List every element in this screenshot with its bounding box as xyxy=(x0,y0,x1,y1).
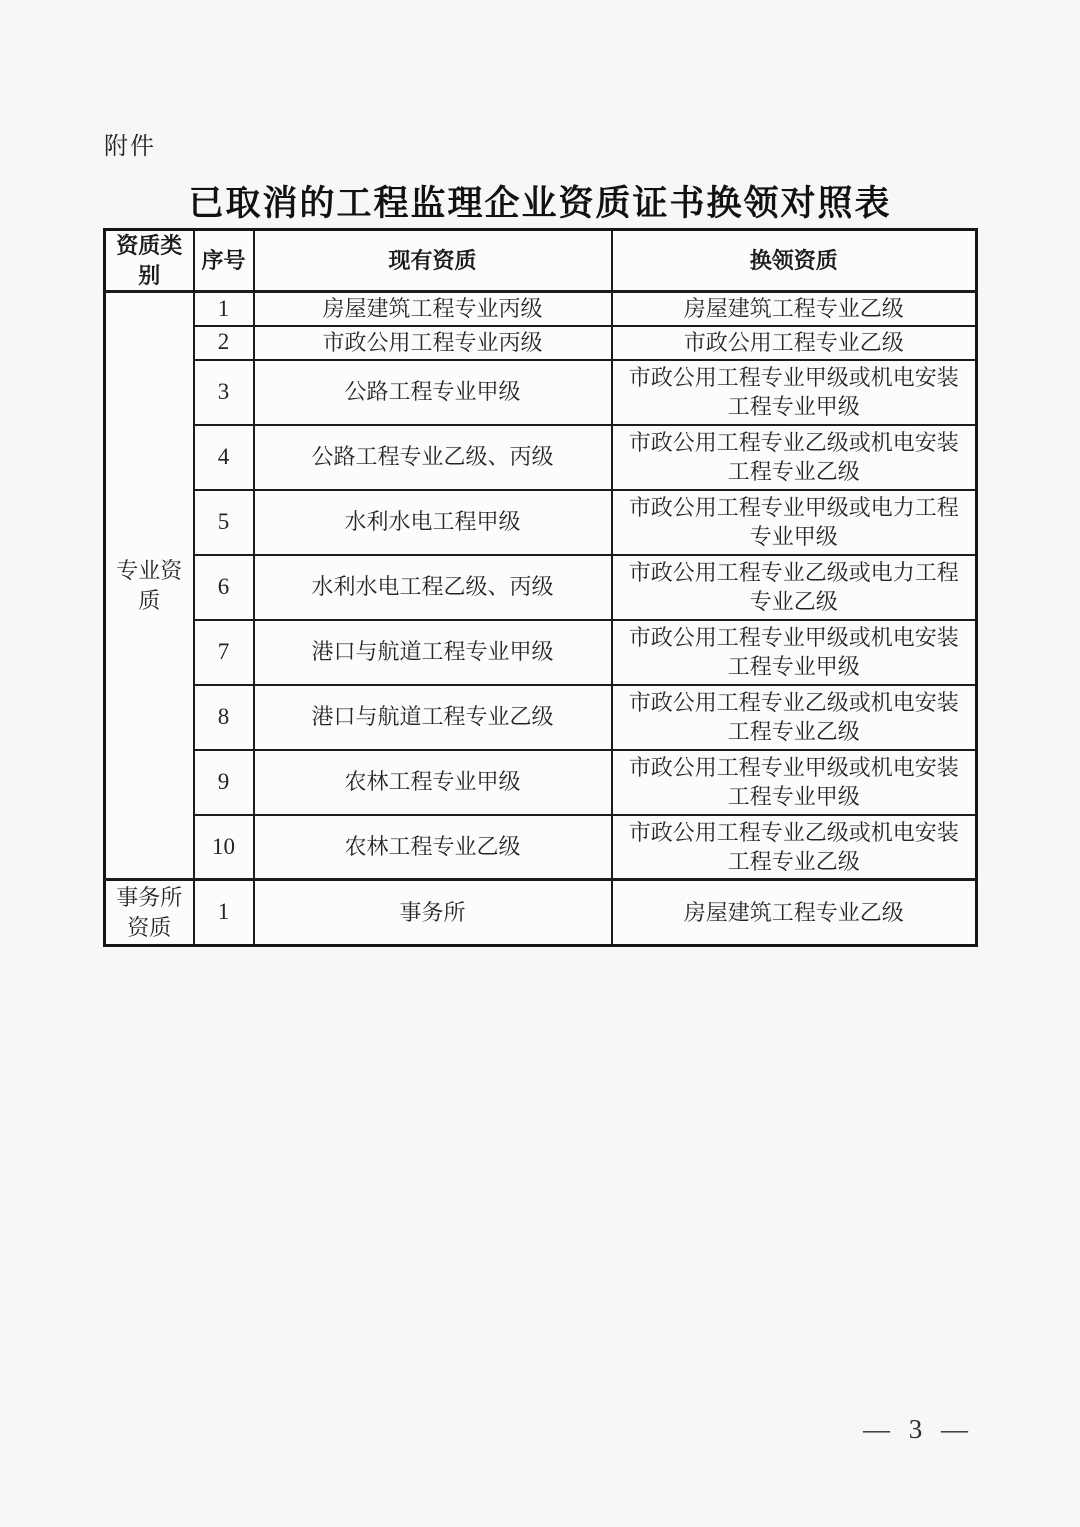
cell-current: 水利水电工程乙级、丙级 xyxy=(254,555,612,620)
cell-index: 2 xyxy=(194,326,254,360)
table-row: 7 港口与航道工程专业甲级 市政公用工程专业甲级或机电安装工程专业甲级 xyxy=(105,620,977,685)
header-current: 现有资质 xyxy=(254,230,612,292)
cell-index: 3 xyxy=(194,360,254,425)
cell-replacement: 房屋建筑工程专业乙级 xyxy=(612,292,977,326)
cell-index: 5 xyxy=(194,490,254,555)
qualification-table: 资质类别 序号 现有资质 换领资质 专业资质 1 房屋建筑工程专业丙级 房屋建筑… xyxy=(103,228,978,947)
table-row: 3 公路工程专业甲级 市政公用工程专业甲级或机电安装工程专业甲级 xyxy=(105,360,977,425)
cell-index: 4 xyxy=(194,425,254,490)
table-row: 2 市政公用工程专业丙级 市政公用工程专业乙级 xyxy=(105,326,977,360)
header-category: 资质类别 xyxy=(105,230,194,292)
cell-index: 9 xyxy=(194,750,254,815)
table-row: 事务所资质 1 事务所 房屋建筑工程专业乙级 xyxy=(105,880,977,946)
cell-index: 1 xyxy=(194,292,254,326)
cell-replacement: 房屋建筑工程专业乙级 xyxy=(612,880,977,946)
cell-replacement: 市政公用工程专业甲级或机电安装工程专业甲级 xyxy=(612,360,977,425)
table-row: 专业资质 1 房屋建筑工程专业丙级 房屋建筑工程专业乙级 xyxy=(105,292,977,326)
cell-current: 公路工程专业乙级、丙级 xyxy=(254,425,612,490)
cell-current: 港口与航道工程专业乙级 xyxy=(254,685,612,750)
cell-replacement: 市政公用工程专业甲级或机电安装工程专业甲级 xyxy=(612,750,977,815)
cell-replacement: 市政公用工程专业甲级或机电安装工程专业甲级 xyxy=(612,620,977,685)
cell-replacement: 市政公用工程专业乙级或机电安装工程专业乙级 xyxy=(612,685,977,750)
table-row: 10 农林工程专业乙级 市政公用工程专业乙级或机电安装工程专业乙级 xyxy=(105,815,977,880)
cell-replacement: 市政公用工程专业甲级或电力工程专业甲级 xyxy=(612,490,977,555)
cell-index: 7 xyxy=(194,620,254,685)
table-row: 9 农林工程专业甲级 市政公用工程专业甲级或机电安装工程专业甲级 xyxy=(105,750,977,815)
header-replacement: 换领资质 xyxy=(612,230,977,292)
cell-replacement: 市政公用工程专业乙级或机电安装工程专业乙级 xyxy=(612,425,977,490)
cell-current: 事务所 xyxy=(254,880,612,946)
cell-current: 农林工程专业乙级 xyxy=(254,815,612,880)
cell-current: 水利水电工程甲级 xyxy=(254,490,612,555)
document-page: 附件 已取消的工程监理企业资质证书换领对照表 资质类别 序号 现有资质 换领资质… xyxy=(0,0,1080,1527)
page-number: — 3 — xyxy=(863,1414,974,1445)
cell-index: 8 xyxy=(194,685,254,750)
cell-current: 港口与航道工程专业甲级 xyxy=(254,620,612,685)
table-row: 5 水利水电工程甲级 市政公用工程专业甲级或电力工程专业甲级 xyxy=(105,490,977,555)
header-index: 序号 xyxy=(194,230,254,292)
table-row: 6 水利水电工程乙级、丙级 市政公用工程专业乙级或电力工程专业乙级 xyxy=(105,555,977,620)
cell-replacement: 市政公用工程专业乙级或机电安装工程专业乙级 xyxy=(612,815,977,880)
cell-index: 6 xyxy=(194,555,254,620)
table-header-row: 资质类别 序号 现有资质 换领资质 xyxy=(105,230,977,292)
cell-index: 1 xyxy=(194,880,254,946)
table-row: 4 公路工程专业乙级、丙级 市政公用工程专业乙级或机电安装工程专业乙级 xyxy=(105,425,977,490)
cell-category-professional: 专业资质 xyxy=(105,292,194,880)
cell-category-firm: 事务所资质 xyxy=(105,880,194,946)
cell-replacement: 市政公用工程专业乙级 xyxy=(612,326,977,360)
document-title: 已取消的工程监理企业资质证书换领对照表 xyxy=(0,176,1080,226)
cell-current: 房屋建筑工程专业丙级 xyxy=(254,292,612,326)
attachment-label: 附件 xyxy=(104,126,156,161)
table-row: 8 港口与航道工程专业乙级 市政公用工程专业乙级或机电安装工程专业乙级 xyxy=(105,685,977,750)
cell-current: 农林工程专业甲级 xyxy=(254,750,612,815)
cell-current: 公路工程专业甲级 xyxy=(254,360,612,425)
cell-replacement: 市政公用工程专业乙级或电力工程专业乙级 xyxy=(612,555,977,620)
cell-current: 市政公用工程专业丙级 xyxy=(254,326,612,360)
cell-index: 10 xyxy=(194,815,254,880)
